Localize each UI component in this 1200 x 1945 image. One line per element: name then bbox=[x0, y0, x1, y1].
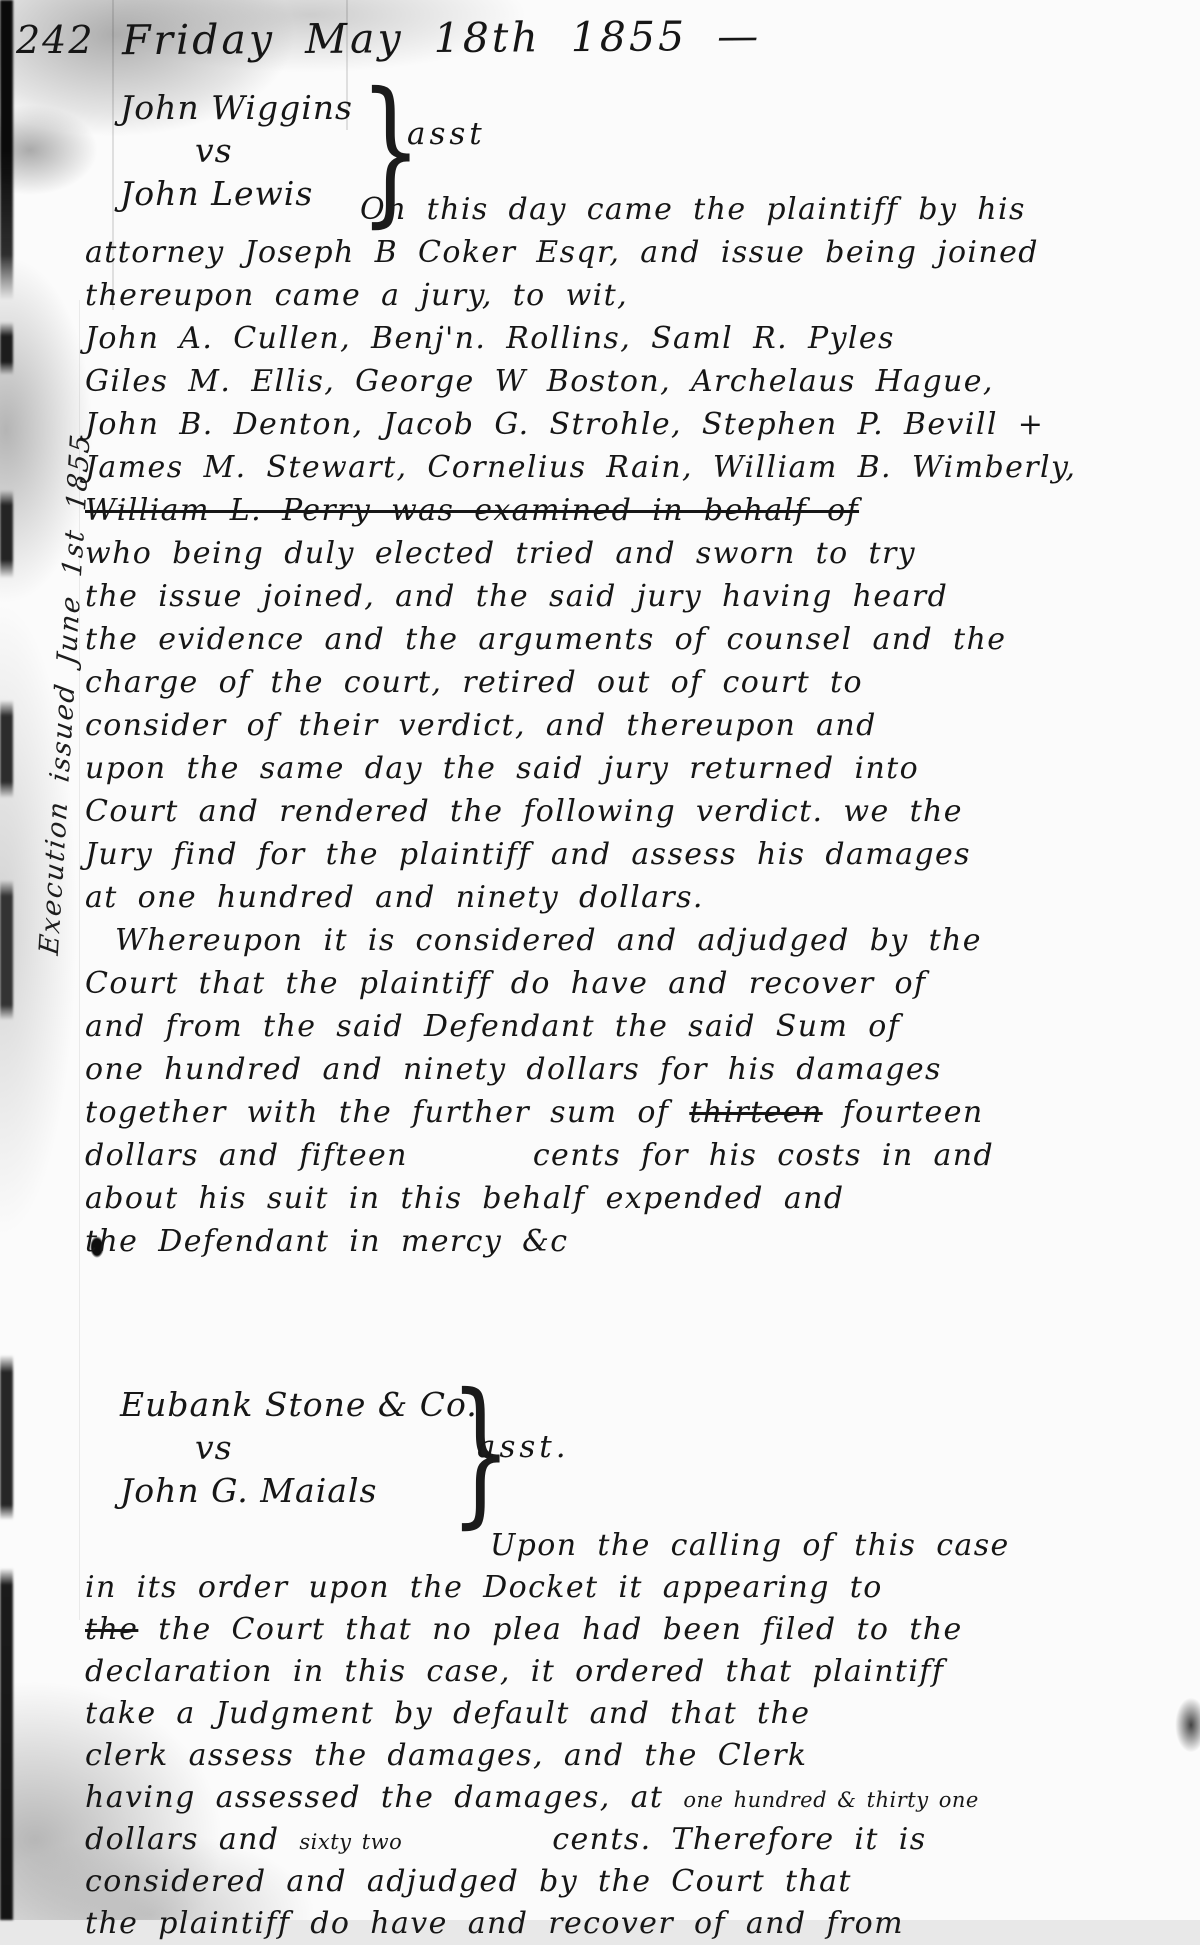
struck-word: thirteen bbox=[689, 1095, 822, 1130]
document-line: in its order upon the Docket it appearin… bbox=[85, 1567, 1193, 1609]
document-line: Whereupon it is considered and adjudged … bbox=[85, 919, 1193, 962]
document-line: the plaintiff do have and recover of and… bbox=[85, 1903, 1193, 1920]
document-line: Court and rendered the following verdict… bbox=[85, 790, 1193, 833]
action-abbreviation: asst bbox=[407, 116, 486, 152]
case-body: Upon the calling of this case in its ord… bbox=[85, 1525, 1193, 1920]
document-line-juror-names: Giles M. Ellis, George W Boston, Archela… bbox=[85, 360, 1193, 403]
plaintiff-name: Eubank Stone & Co. bbox=[120, 1385, 478, 1424]
versus-label: vs bbox=[195, 131, 353, 170]
document-line-damages: having assessed the damages, at one hund… bbox=[85, 1777, 1193, 1819]
document-line: the issue joined, and the said jury havi… bbox=[85, 575, 1193, 618]
document-line: take a Judgment by default and that the bbox=[85, 1693, 1193, 1735]
document-line: the evidence and the arguments of counse… bbox=[85, 618, 1193, 661]
document-line-costs: dollars and fifteencents for his costs i… bbox=[85, 1134, 1193, 1177]
replacement-word: fourteen bbox=[843, 1095, 984, 1130]
case-body: On this day came the plaintiff by his at… bbox=[85, 188, 1193, 1263]
struck-word: the bbox=[85, 1612, 138, 1647]
case-entry-wiggins-v-lewis: John Wiggins vs John Lewis } asst On thi… bbox=[85, 88, 1193, 1263]
scan-gutter-edge bbox=[0, 0, 13, 1920]
page-number: 242 bbox=[16, 18, 95, 62]
document-line: one hundred and ninety dollars for his d… bbox=[85, 1048, 1193, 1091]
plaintiff-name: John Wiggins bbox=[120, 88, 353, 127]
document-line: and from the said Defendant the said Sum… bbox=[85, 1005, 1193, 1048]
document-line: clerk assess the damages, and the Clerk bbox=[85, 1735, 1193, 1777]
document-line-amended: the the Court that no plea had been file… bbox=[85, 1609, 1193, 1651]
document-line-struck-out: William L. Perry was examined in behalf … bbox=[85, 489, 1193, 532]
defendant-name: John Lewis bbox=[120, 174, 353, 213]
document-line: consider of their verdict, and thereupon… bbox=[85, 704, 1193, 747]
inserted-amount: sixty two bbox=[299, 1830, 402, 1854]
document-line-verdict-amount: at one hundred and ninety dollars. bbox=[85, 876, 1193, 919]
document-line: considered and adjudged by the Court tha… bbox=[85, 1861, 1193, 1903]
defendant-name: John G. Maials bbox=[120, 1471, 478, 1510]
document-line: the Defendant in mercy &c bbox=[85, 1220, 1193, 1263]
document-line: who being duly elected tried and sworn t… bbox=[85, 532, 1193, 575]
document-line: Court that the plaintiff do have and rec… bbox=[85, 962, 1193, 1005]
document-line: Jury find for the plaintiff and assess h… bbox=[85, 833, 1193, 876]
document-line-damages: dollars and sixty twocents. Therefore it… bbox=[85, 1819, 1193, 1861]
case-entry-eubank-stone-v-maials: Eubank Stone & Co. vs John G. Maials } a… bbox=[85, 1385, 1193, 1920]
inserted-amount: one hundred & thirty one bbox=[683, 1788, 979, 1812]
date-heading: Friday May 18th 1855 — bbox=[122, 12, 761, 64]
document-line: Upon the calling of this case bbox=[85, 1525, 1193, 1567]
document-line-juror-names: John A. Cullen, Benj'n. Rollins, Saml R.… bbox=[85, 317, 1193, 360]
versus-label: vs bbox=[195, 1428, 478, 1467]
document-line-amended: together with the further sum of thirtee… bbox=[85, 1091, 1193, 1134]
case-caption: Eubank Stone & Co. vs John G. Maials bbox=[120, 1385, 478, 1510]
scanned-court-record-page: 242 Friday May 18th 1855 — Execution iss… bbox=[0, 0, 1200, 1920]
document-line: charge of the court, retired out of cour… bbox=[85, 661, 1193, 704]
document-line-juror-names: John B. Denton, Jacob G. Strohle, Stephe… bbox=[85, 403, 1193, 446]
document-line: thereupon came a jury, to wit, bbox=[85, 274, 1193, 317]
document-line-juror-names: James M. Stewart, Cornelius Rain, Willia… bbox=[85, 446, 1193, 489]
document-line: about his suit in this behalf expended a… bbox=[85, 1177, 1193, 1220]
document-line: attorney Joseph B Coker Esqr, and issue … bbox=[85, 231, 1193, 274]
case-caption: John Wiggins vs John Lewis bbox=[120, 88, 353, 213]
action-abbreviation: asst. bbox=[477, 1429, 570, 1465]
document-line: declaration in this case, it ordered tha… bbox=[85, 1651, 1193, 1693]
document-line: upon the same day the said jury returned… bbox=[85, 747, 1193, 790]
